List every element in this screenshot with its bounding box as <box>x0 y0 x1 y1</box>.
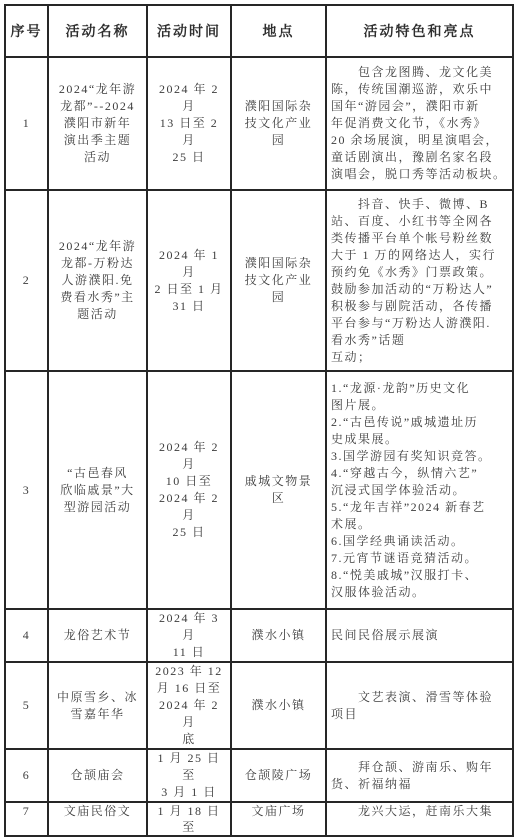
header-seq: 序号 <box>5 5 48 57</box>
table-row: 2 2024“龙年游 龙都-万粉达 人游濮阳.免 费看水秀”主 题活动 2024… <box>5 190 513 371</box>
table-row: 3 “古邑春风 欣临戚景”大 型游园活动 2024 年 2 月 10 日至 20… <box>5 371 513 609</box>
features-cell: 1.“龙源·龙韵”历史文化 图片展。 2.“古邑传说”戚城遗址历 史成果展。 3… <box>326 371 513 609</box>
activity-name-cell: 2024“龙年游 龙都-万粉达 人游濮阳.免 费看水秀”主 题活动 <box>48 190 147 371</box>
header-features: 活动特色和亮点 <box>326 5 513 57</box>
activity-name-cell: 仓颉庙会 <box>48 749 147 798</box>
activity-time-cell: 2024 年 2 月 10 日至 2024 年 2 月 25 日 <box>147 371 231 609</box>
activity-name-cell: 2024“龙年游 龙都”--2024 濮阳市新年 演出季主题 活动 <box>48 57 147 190</box>
features-cell: 民间民俗展示展演 <box>326 609 513 662</box>
location-cell: 仓颉陵广场 <box>231 749 326 798</box>
activity-time-cell: 2024 年 3 月 11 日 <box>147 609 231 662</box>
features-cell: 抖音、快手、微博、B 站、百度、小红书等全网各 类传播平台单个帐号粉丝数 大于 … <box>326 190 513 371</box>
location-cell: 濮水小镇 <box>231 662 326 749</box>
features-cell: 文艺表演、滑雪等体验 项目 <box>326 662 513 749</box>
table-header-row: 序号 活动名称 活动时间 地点 活动特色和亮点 <box>5 5 513 57</box>
location-cell: 濮水小镇 <box>231 609 326 662</box>
table-row: 5 中原雪乡、冰 雪嘉年华 2023 年 12 月 16 日至 2024 年 2… <box>5 662 513 749</box>
document-page: 序号 活动名称 活动时间 地点 活动特色和亮点 1 2024“龙年游 龙都”--… <box>4 4 514 798</box>
activity-time-cell: 2024 年 2 月 13 日至 2 月 25 日 <box>147 57 231 190</box>
seq-cell: 6 <box>5 749 48 798</box>
activities-table: 序号 活动名称 活动时间 地点 活动特色和亮点 1 2024“龙年游 龙都”--… <box>4 4 514 798</box>
location-cell: 濮阳国际杂 技文化产业 园 <box>231 190 326 371</box>
table-row: 6 仓颉庙会 1 月 25 日至 3 月 1 日 仓颉陵广场 拜仓颉、游南乐、购… <box>5 749 513 798</box>
seq-cell: 1 <box>5 57 48 190</box>
header-activity-name: 活动名称 <box>48 5 147 57</box>
header-location: 地点 <box>231 5 326 57</box>
seq-cell: 2 <box>5 190 48 371</box>
location-cell: 濮阳国际杂 技文化产业 园 <box>231 57 326 190</box>
activity-time-cell: 2024 年 1 月 2 日至 1 月 31 日 <box>147 190 231 371</box>
seq-cell: 4 <box>5 609 48 662</box>
seq-cell: 5 <box>5 662 48 749</box>
activity-name-cell: “古邑春风 欣临戚景”大 型游园活动 <box>48 371 147 609</box>
activity-name-cell: 中原雪乡、冰 雪嘉年华 <box>48 662 147 749</box>
features-cell: 包含龙图腾、龙文化美 陈，传统国潮巡游，欢乐中 国年“游园会”，濮阳市新 年促消… <box>326 57 513 190</box>
activity-name-cell: 龙俗艺术节 <box>48 609 147 662</box>
table-row: 1 2024“龙年游 龙都”--2024 濮阳市新年 演出季主题 活动 2024… <box>5 57 513 190</box>
header-activity-time: 活动时间 <box>147 5 231 57</box>
seq-cell: 3 <box>5 371 48 609</box>
activity-time-cell: 1 月 25 日至 3 月 1 日 <box>147 749 231 798</box>
activity-time-cell: 2023 年 12 月 16 日至 2024 年 2 月 底 <box>147 662 231 749</box>
location-cell: 戚城文物景 区 <box>231 371 326 609</box>
table-row: 4 龙俗艺术节 2024 年 3 月 11 日 濮水小镇 民间民俗展示展演 <box>5 609 513 662</box>
features-cell: 拜仓颉、游南乐、购年 货、祈福纳福 <box>326 749 513 798</box>
